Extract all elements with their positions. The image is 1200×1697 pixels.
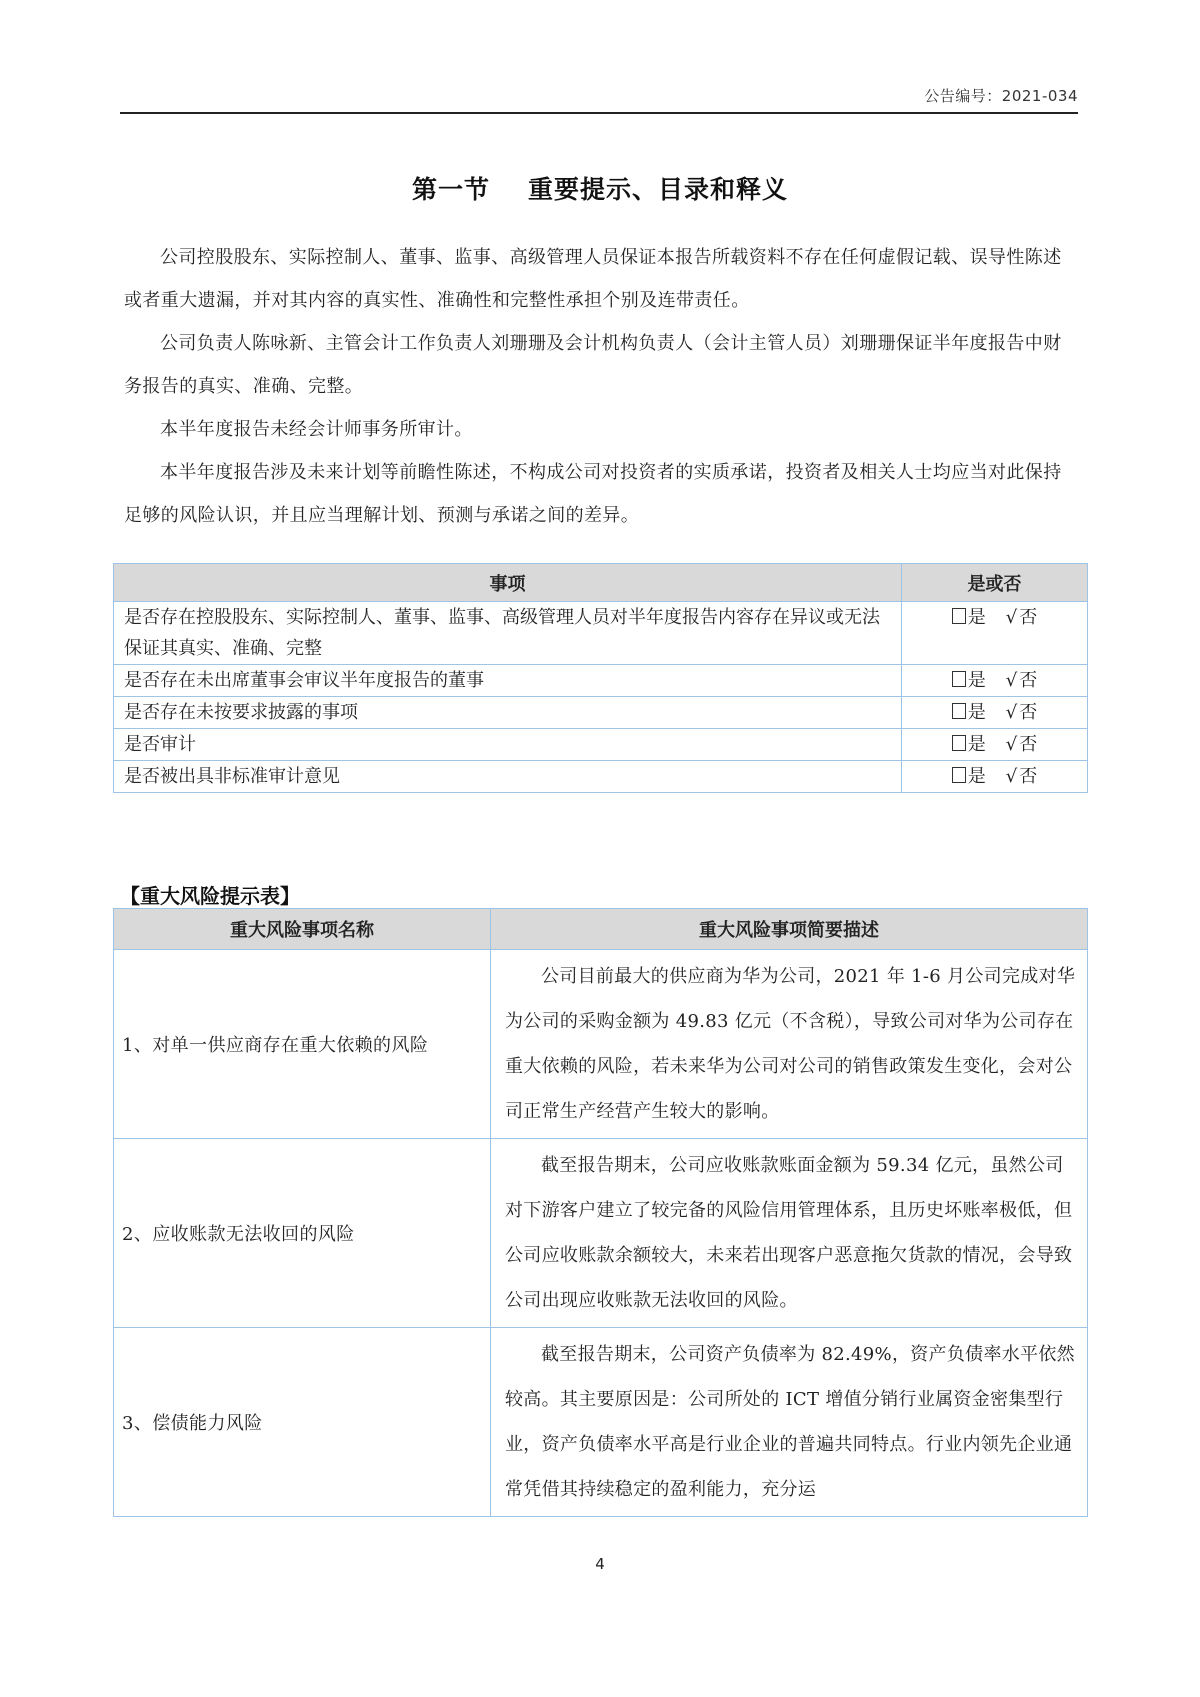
paragraph: 公司负责人陈咏新、主管会计工作负责人刘珊珊及会计机构负责人（会计主管人员）刘珊珊… — [124, 322, 1079, 408]
column-header-item: 事项 — [114, 564, 902, 602]
risk-table: 重大风险事项名称 重大风险事项简要描述 1、对单一供应商存在重大依赖的风险 公司… — [113, 908, 1088, 1517]
item-text: 是否被出具非标准审计意见 — [114, 761, 902, 793]
table-row: 是否存在未出席董事会审议半年度报告的董事 是√否 — [114, 665, 1088, 697]
table-row: 是否审计 是√否 — [114, 729, 1088, 761]
no-label: 否 — [1019, 702, 1037, 723]
yes-label: 是 — [968, 670, 986, 691]
no-label: 否 — [1019, 670, 1037, 691]
paragraph: 公司控股股东、实际控制人、董事、监事、高级管理人员保证本报告所载资料不存在任何虚… — [124, 236, 1079, 322]
check-mark-icon: √ — [1006, 702, 1017, 723]
yes-no-cell: 是√否 — [902, 602, 1088, 665]
check-mark-icon: √ — [1006, 766, 1017, 787]
check-mark-icon: √ — [1006, 670, 1017, 691]
check-mark-icon: √ — [1006, 734, 1017, 755]
risk-description: 截至报告期末，公司资产负债率为 82.49%，资产负债率水平依然较高。其主要原因… — [505, 1332, 1077, 1512]
table-row: 是否被出具非标准审计意见 是√否 — [114, 761, 1088, 793]
item-text: 是否审计 — [114, 729, 902, 761]
column-header-risk-description: 重大风险事项简要描述 — [491, 909, 1088, 950]
yes-label: 是 — [968, 607, 986, 628]
risk-description-cell: 截至报告期末，公司资产负债率为 82.49%，资产负债率水平依然较高。其主要原因… — [491, 1328, 1088, 1517]
announcement-number: 公告编号：2021-034 — [924, 85, 1078, 106]
item-text: 是否存在控股股东、实际控制人、董事、监事、高级管理人员对半年度报告内容存在异议或… — [114, 602, 902, 665]
checkbox-empty-icon — [952, 735, 966, 751]
checkbox-empty-icon — [952, 671, 966, 687]
risk-name: 2、应收账款无法收回的风险 — [114, 1139, 491, 1328]
no-label: 否 — [1019, 766, 1037, 787]
table-row: 是否存在控股股东、实际控制人、董事、监事、高级管理人员对半年度报告内容存在异议或… — [114, 602, 1088, 665]
risk-description-cell: 公司目前最大的供应商为华为公司，2021 年 1-6 月公司完成对华为公司的采购… — [491, 950, 1088, 1139]
no-label: 否 — [1019, 734, 1037, 755]
paragraph: 本半年度报告涉及未来计划等前瞻性陈述，不构成公司对投资者的实质承诺，投资者及相关… — [124, 451, 1079, 537]
confirmation-table: 事项 是或否 是否存在控股股东、实际控制人、董事、监事、高级管理人员对半年度报告… — [113, 563, 1088, 793]
yes-no-cell: 是√否 — [902, 665, 1088, 697]
table-header-row: 事项 是或否 — [114, 564, 1088, 602]
risk-name: 1、对单一供应商存在重大依赖的风险 — [114, 950, 491, 1139]
table-row: 2、应收账款无法收回的风险 截至报告期末，公司应收账款账面金额为 59.34 亿… — [114, 1139, 1088, 1328]
risk-table-title: 【重大风险提示表】 — [120, 880, 300, 909]
section-number: 第一节 — [412, 175, 490, 204]
yes-label: 是 — [968, 766, 986, 787]
table-row: 3、偿债能力风险 截至报告期末，公司资产负债率为 82.49%，资产负债率水平依… — [114, 1328, 1088, 1517]
table-row: 1、对单一供应商存在重大依赖的风险 公司目前最大的供应商为华为公司，2021 年… — [114, 950, 1088, 1139]
yes-no-cell: 是√否 — [902, 761, 1088, 793]
column-header-risk-name: 重大风险事项名称 — [114, 909, 491, 950]
risk-description: 公司目前最大的供应商为华为公司，2021 年 1-6 月公司完成对华为公司的采购… — [505, 954, 1077, 1134]
yes-label: 是 — [968, 734, 986, 755]
checkbox-empty-icon — [952, 703, 966, 719]
no-label: 否 — [1019, 607, 1037, 628]
column-header-yes-no: 是或否 — [902, 564, 1088, 602]
risk-name: 3、偿债能力风险 — [114, 1328, 491, 1517]
item-text: 是否存在未按要求披露的事项 — [114, 697, 902, 729]
paragraph: 本半年度报告未经会计师事务所审计。 — [124, 408, 1079, 451]
risk-description: 截至报告期末，公司应收账款账面金额为 59.34 亿元，虽然公司对下游客户建立了… — [505, 1143, 1077, 1323]
item-text: 是否存在未出席董事会审议半年度报告的董事 — [114, 665, 902, 697]
table-header-row: 重大风险事项名称 重大风险事项简要描述 — [114, 909, 1088, 950]
checkbox-empty-icon — [952, 767, 966, 783]
section-heading: 重要提示、目录和释义 — [528, 175, 788, 204]
risk-description-cell: 截至报告期末，公司应收账款账面金额为 59.34 亿元，虽然公司对下游客户建立了… — [491, 1139, 1088, 1328]
section-title: 第一节重要提示、目录和释义 — [0, 170, 1200, 206]
check-mark-icon: √ — [1006, 607, 1017, 628]
yes-label: 是 — [968, 702, 986, 723]
checkbox-empty-icon — [952, 608, 966, 624]
yes-no-cell: 是√否 — [902, 729, 1088, 761]
table-row: 是否存在未按要求披露的事项 是√否 — [114, 697, 1088, 729]
yes-no-cell: 是√否 — [902, 697, 1088, 729]
page-header: 公告编号：2021-034 — [120, 82, 1078, 114]
page-number: 4 — [0, 1555, 1200, 1573]
important-notice: 公司控股股东、实际控制人、董事、监事、高级管理人员保证本报告所载资料不存在任何虚… — [124, 236, 1079, 537]
